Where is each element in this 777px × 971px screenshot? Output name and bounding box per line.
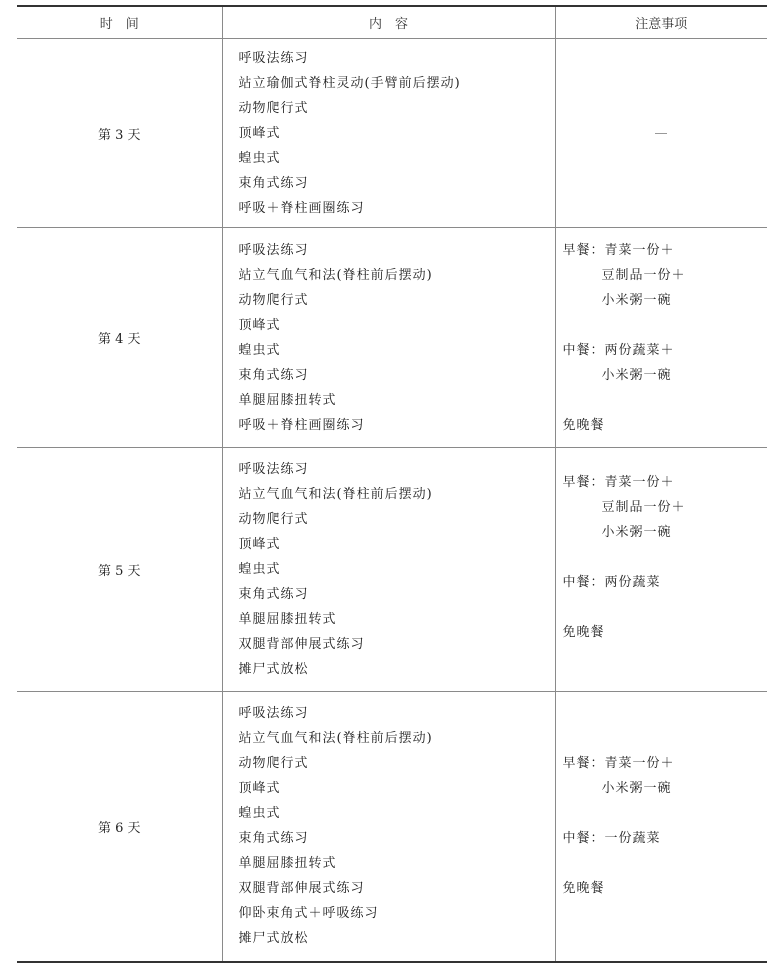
lunch-item: 两份蔬菜 [605, 575, 661, 590]
exercise-item: 站立气血气和法(脊柱前后摆动) [239, 482, 555, 507]
lunch-note: 中餐：一份蔬菜 [563, 826, 768, 851]
exercise-item: 单腿屈膝扭转式 [239, 851, 555, 876]
exercise-item: 双腿背部伸展式练习 [239, 876, 555, 901]
exercise-list: 呼吸法练习 站立气血气和法(脊柱前后摆动) 动物爬行式 顶峰式 蝗虫式 束角式练… [239, 238, 555, 438]
notes-cell: 早餐：青菜一份＋ 小米粥一碗 中餐：一份蔬菜 免晚餐 [555, 692, 767, 962]
lunch-note: 中餐：两份蔬菜＋ [563, 338, 768, 363]
day-label: 第 3 天 [17, 39, 222, 228]
notes-cell [555, 39, 767, 228]
breakfast-label: 早餐： [563, 243, 605, 258]
breakfast-label: 早餐： [563, 475, 605, 490]
dinner-note: 免晚餐 [563, 413, 768, 438]
exercise-item: 蝗虫式 [239, 801, 555, 826]
exercise-item: 摊尸式放松 [239, 926, 555, 951]
table-row-day-6: 第 6 天 呼吸法练习 站立气血气和法(脊柱前后摆动) 动物爬行式 顶峰式 蝗虫… [17, 692, 767, 962]
exercise-item: 顶峰式 [239, 776, 555, 801]
content-cell: 呼吸法练习 站立气血气和法(脊柱前后摆动) 动物爬行式 顶峰式 蝗虫式 束角式练… [222, 228, 555, 448]
content-cell: 呼吸法练习 站立气血气和法(脊柱前后摆动) 动物爬行式 顶峰式 蝗虫式 束角式练… [222, 448, 555, 692]
dinner-note: 免晚餐 [563, 620, 768, 645]
empty-dash [655, 133, 667, 134]
exercise-item: 双腿背部伸展式练习 [239, 632, 555, 657]
day-label: 第 6 天 [17, 692, 222, 962]
breakfast-note: 早餐：青菜一份＋ [563, 751, 768, 776]
exercise-item: 呼吸法练习 [239, 238, 555, 263]
notes-cell: 早餐：青菜一份＋ 豆制品一份＋ 小米粥一碗 中餐：两份蔬菜 免晚餐 [555, 448, 767, 692]
content-cell: 呼吸法练习 站立瑜伽式脊柱灵动(手臂前后摆动) 动物爬行式 顶峰式 蝗虫式 束角… [222, 39, 555, 228]
exercise-item: 呼吸＋脊柱画圈练习 [239, 196, 555, 221]
table-header-row: 时 间 内 容 注意事项 [17, 6, 767, 39]
exercise-item: 站立气血气和法(脊柱前后摆动) [239, 263, 555, 288]
lunch-item: 两份蔬菜＋ [605, 343, 675, 358]
exercise-item: 蝗虫式 [239, 338, 555, 363]
breakfast-note: 早餐：青菜一份＋ [563, 238, 768, 263]
lunch-label: 中餐： [563, 831, 605, 846]
table-row-day-4: 第 4 天 呼吸法练习 站立气血气和法(脊柱前后摆动) 动物爬行式 顶峰式 蝗虫… [17, 228, 767, 448]
lunch-note: 中餐：两份蔬菜 [563, 570, 768, 595]
exercise-item: 仰卧束角式＋呼吸练习 [239, 901, 555, 926]
breakfast-item: 豆制品一份＋ [563, 263, 768, 288]
exercise-item: 动物爬行式 [239, 96, 555, 121]
breakfast-item: 青菜一份＋ [605, 756, 675, 771]
exercise-item: 单腿屈膝扭转式 [239, 607, 555, 632]
lunch-item: 一份蔬菜 [605, 831, 661, 846]
exercise-item: 动物爬行式 [239, 751, 555, 776]
yoga-schedule-table: 时 间 内 容 注意事项 第 3 天 呼吸法练习 站立瑜伽式脊柱灵动(手臂前后摆… [17, 5, 767, 963]
breakfast-item: 豆制品一份＋ [563, 495, 768, 520]
breakfast-note: 早餐：青菜一份＋ [563, 470, 768, 495]
table-row-day-3: 第 3 天 呼吸法练习 站立瑜伽式脊柱灵动(手臂前后摆动) 动物爬行式 顶峰式 … [17, 39, 767, 228]
exercise-list: 呼吸法练习 站立气血气和法(脊柱前后摆动) 动物爬行式 顶峰式 蝗虫式 束角式练… [239, 701, 555, 951]
table-row-day-5: 第 5 天 呼吸法练习 站立气血气和法(脊柱前后摆动) 动物爬行式 顶峰式 蝗虫… [17, 448, 767, 692]
breakfast-label: 早餐： [563, 756, 605, 771]
exercise-item: 束角式练习 [239, 582, 555, 607]
exercise-item: 摊尸式放松 [239, 657, 555, 682]
exercise-item: 呼吸＋脊柱画圈练习 [239, 413, 555, 438]
notes-cell: 早餐：青菜一份＋ 豆制品一份＋ 小米粥一碗 中餐：两份蔬菜＋ 小米粥一碗 免晚餐 [555, 228, 767, 448]
exercise-item: 束角式练习 [239, 171, 555, 196]
exercise-item: 呼吸法练习 [239, 701, 555, 726]
day-label: 第 4 天 [17, 228, 222, 448]
exercise-item: 顶峰式 [239, 313, 555, 338]
exercise-item: 顶峰式 [239, 532, 555, 557]
exercise-list: 呼吸法练习 站立瑜伽式脊柱灵动(手臂前后摆动) 动物爬行式 顶峰式 蝗虫式 束角… [239, 46, 555, 221]
exercise-item: 站立气血气和法(脊柱前后摆动) [239, 726, 555, 751]
lunch-item: 小米粥一碗 [563, 363, 768, 388]
exercise-item: 蝗虫式 [239, 557, 555, 582]
exercise-item: 呼吸法练习 [239, 46, 555, 71]
breakfast-item: 小米粥一碗 [563, 776, 768, 801]
header-time: 时 间 [17, 6, 222, 39]
breakfast-item: 小米粥一碗 [563, 288, 768, 313]
dinner-note: 免晚餐 [563, 876, 768, 901]
lunch-label: 中餐： [563, 575, 605, 590]
exercise-item: 呼吸法练习 [239, 457, 555, 482]
lunch-label: 中餐： [563, 343, 605, 358]
exercise-item: 蝗虫式 [239, 146, 555, 171]
exercise-item: 动物爬行式 [239, 507, 555, 532]
header-content: 内 容 [222, 6, 555, 39]
exercise-item: 站立瑜伽式脊柱灵动(手臂前后摆动) [239, 71, 555, 96]
exercise-item: 动物爬行式 [239, 288, 555, 313]
exercise-item: 顶峰式 [239, 121, 555, 146]
exercise-item: 束角式练习 [239, 826, 555, 851]
breakfast-item: 青菜一份＋ [605, 243, 675, 258]
day-label: 第 5 天 [17, 448, 222, 692]
breakfast-item: 青菜一份＋ [605, 475, 675, 490]
breakfast-item: 小米粥一碗 [563, 520, 768, 545]
content-cell: 呼吸法练习 站立气血气和法(脊柱前后摆动) 动物爬行式 顶峰式 蝗虫式 束角式练… [222, 692, 555, 962]
header-notes: 注意事项 [555, 6, 767, 39]
exercise-list: 呼吸法练习 站立气血气和法(脊柱前后摆动) 动物爬行式 顶峰式 蝗虫式 束角式练… [239, 457, 555, 682]
exercise-item: 束角式练习 [239, 363, 555, 388]
exercise-item: 单腿屈膝扭转式 [239, 388, 555, 413]
